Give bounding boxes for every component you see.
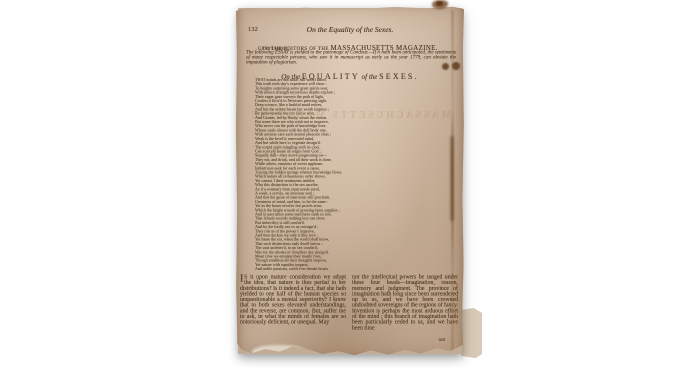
poem-line: And noble passions, swell e'en female he…: [255, 267, 475, 271]
drop-cap: I: [240, 274, 243, 284]
prose-right-text: not the intellectual powers be ranged un…: [352, 274, 458, 331]
running-header: On the Equality of the Sexes.: [236, 25, 464, 34]
ink-spot: [452, 62, 460, 70]
catchword: out: [352, 338, 445, 343]
prose-column-left: IS it upon mature consideration we adopt…: [240, 274, 346, 325]
scan-background: MASSACHUSETTS MAGAZINE 132 On the Equali…: [0, 0, 700, 367]
top-edge-stain-core: [436, 1, 443, 6]
prose-left-text: S it upon mature consideration we adopt …: [240, 274, 346, 326]
prose-column-right: not the intellectual powers be ranged un…: [352, 274, 458, 330]
underlying-page-edge: [461, 308, 482, 358]
magazine-page: MASSACHUSETTS MAGAZINE 132 On the Equali…: [236, 6, 464, 356]
editorial-note: The following ESSAY is yielded to the pa…: [246, 50, 456, 65]
ink-spot: [442, 63, 449, 70]
fold-crease-dark-segment: [450, 136, 455, 221]
poem: THAT minds are not alike, full well I kn…: [255, 78, 475, 271]
